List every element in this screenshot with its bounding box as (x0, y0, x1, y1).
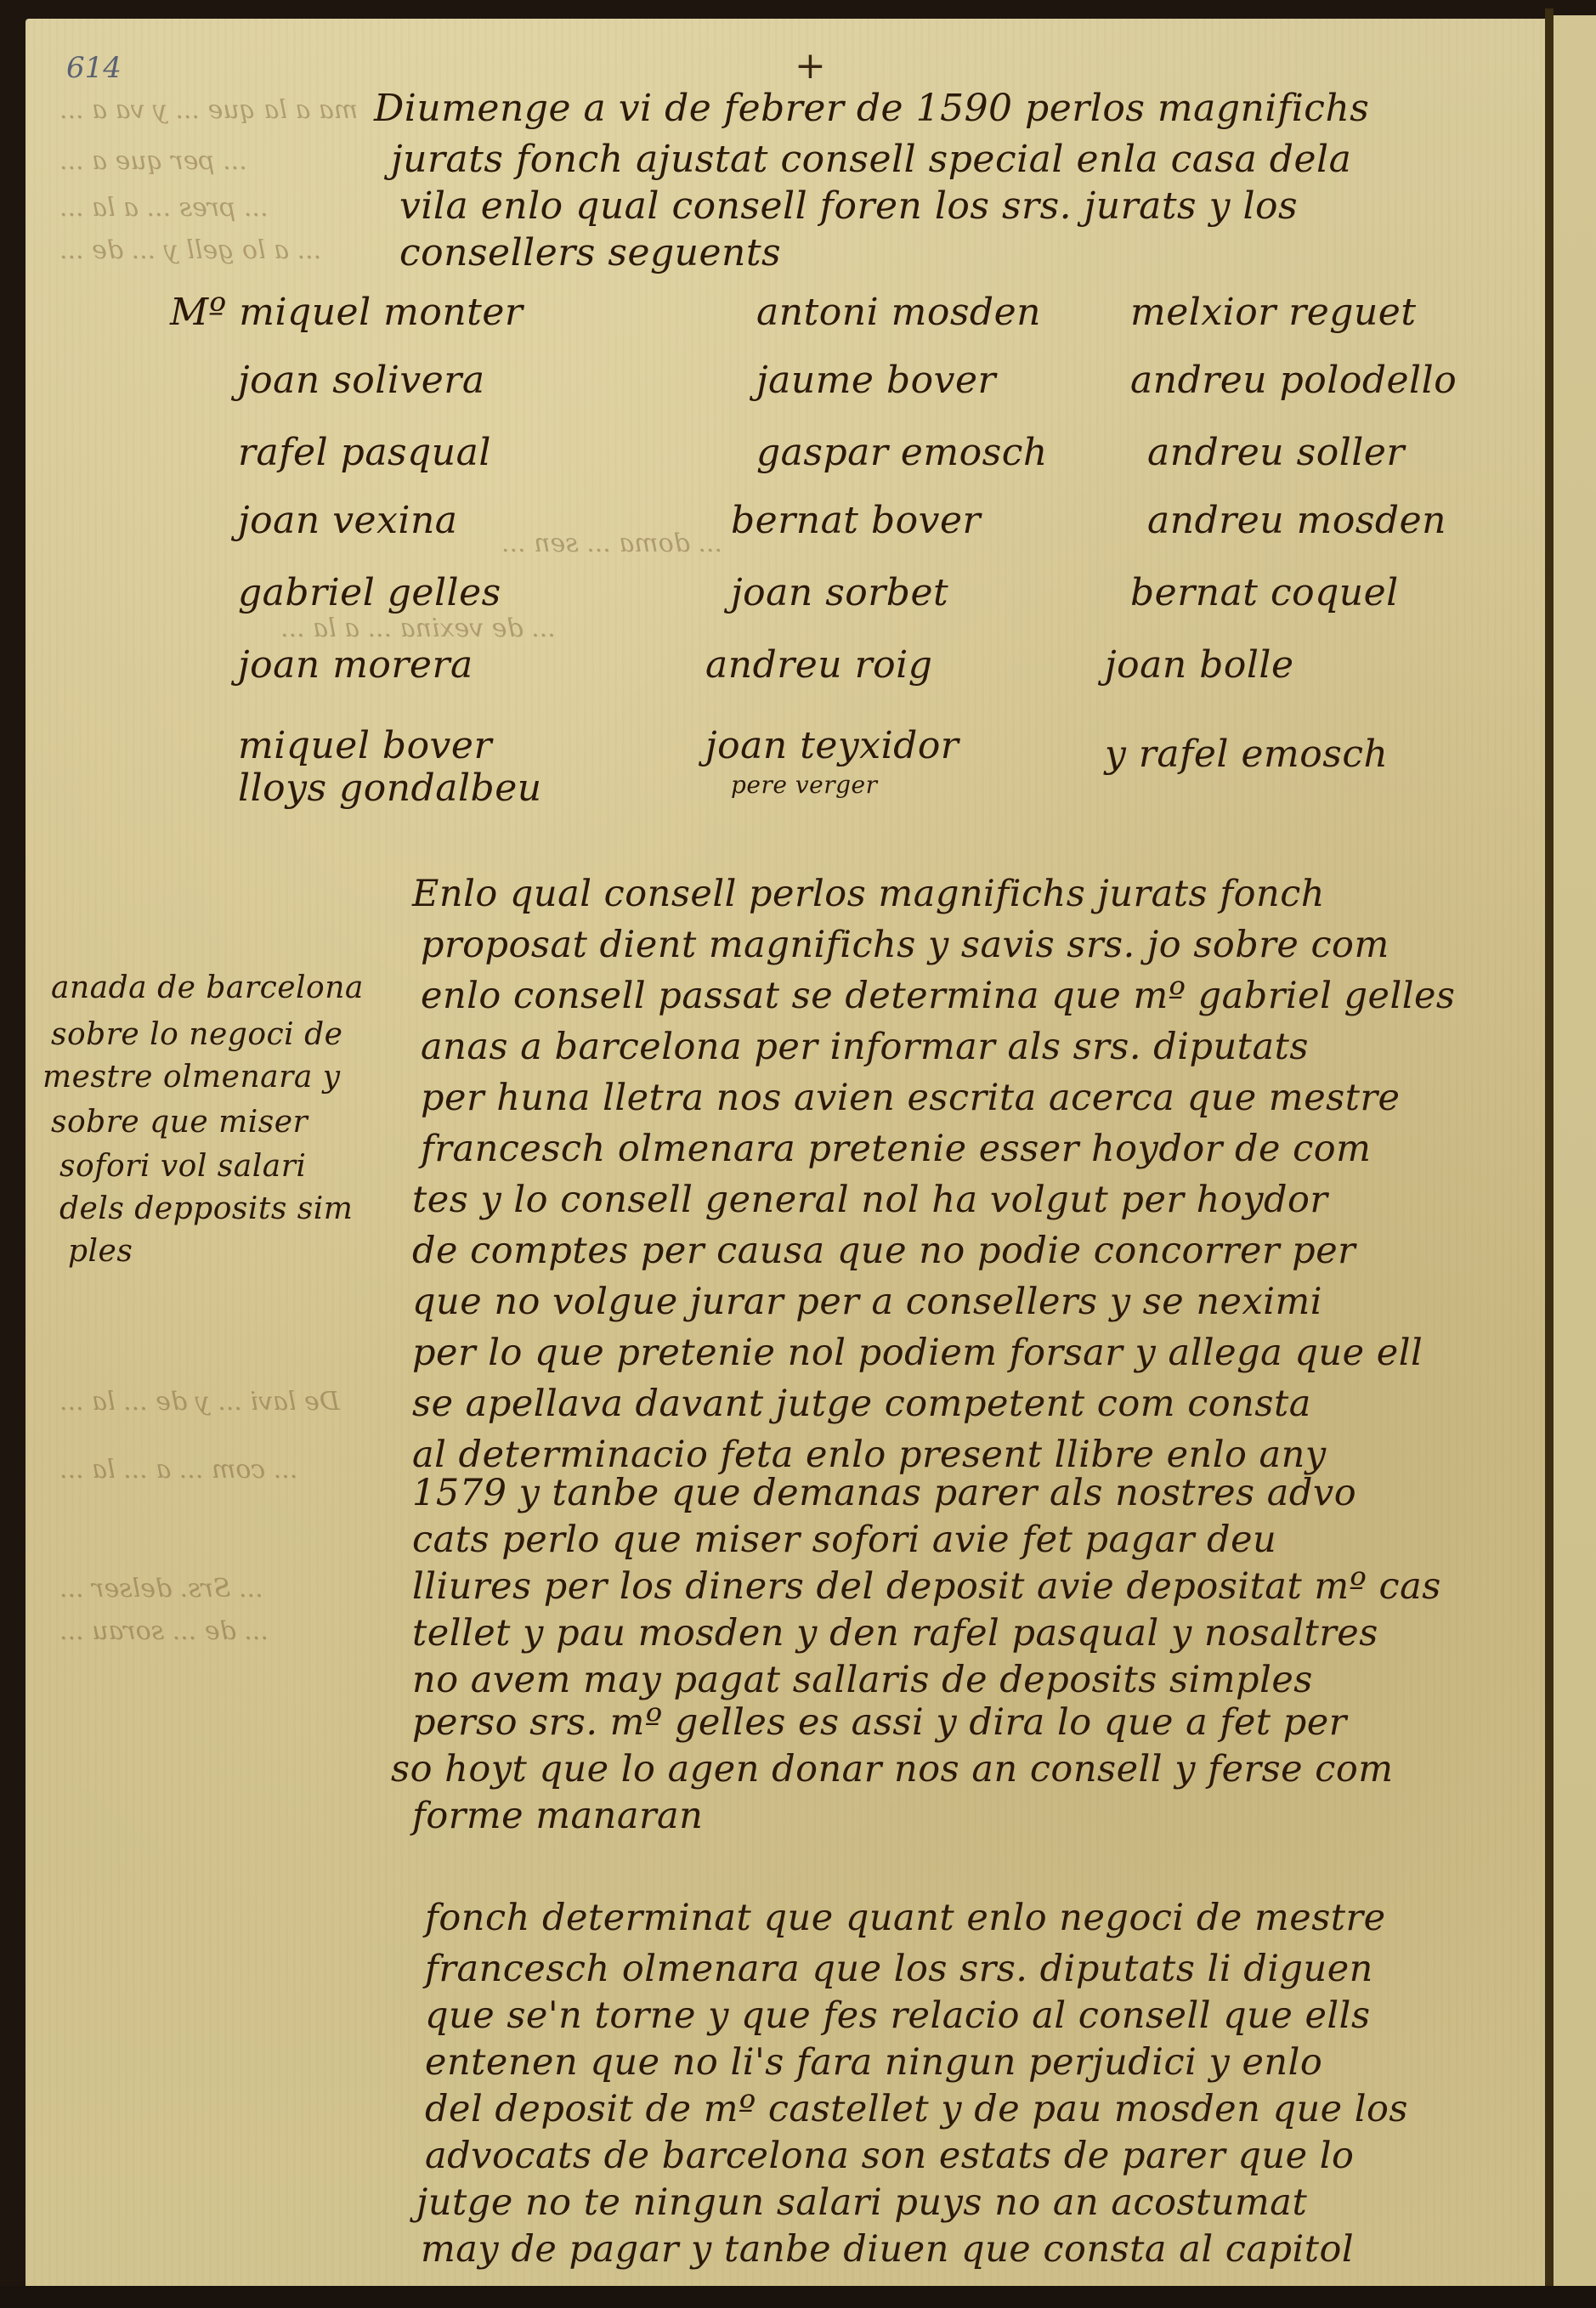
text-line: anas a barcelona per informar als srs. d… (421, 1026, 1309, 1068)
attendee-name: andreu roig (705, 643, 932, 687)
margin-note-line: ples (68, 1234, 133, 1269)
margin-note-line: sobre lo negoci de (51, 1017, 342, 1052)
attendee-name: antoni mosden (756, 291, 1041, 334)
text-line: de comptes per causa que no podie concor… (412, 1230, 1355, 1272)
bleed-through-text: ... de vexina ... a la ... (280, 614, 556, 643)
text-line: tes y lo consell general nol ha volgut p… (412, 1179, 1327, 1221)
text-line: se apellava davant jutge competent com c… (412, 1383, 1311, 1425)
text-line: so hoyt que lo agen donar nos an consell… (391, 1748, 1394, 1790)
attendee-name: joan vexina (238, 499, 458, 542)
attendee-name: joan teyxidor (705, 724, 959, 767)
attendee-name: andreu soller (1147, 431, 1405, 474)
bleed-through-text: ... doma ... sen ... (501, 529, 722, 558)
heading-line: consellers seguents (399, 231, 781, 274)
bleed-through-text: De lavi ... y de ... la ... (59, 1387, 340, 1417)
text-line: forme manaran (412, 1795, 703, 1837)
attendee-name: andreu mosden (1147, 499, 1446, 542)
text-line: perso srs. mº gelles es assi y dira lo q… (412, 1701, 1347, 1744)
attendee-name: Mº miquel monter (170, 291, 523, 334)
text-line: francesch olmenara que los srs. diputats… (425, 1948, 1373, 1990)
attendee-name: lloys gondalbeu (238, 767, 542, 810)
text-line: proposat dient magnifichs y savis srs. j… (421, 924, 1389, 966)
text-line: que no volgue jurar per a consellers y s… (412, 1281, 1322, 1323)
background-edge (0, 2286, 1596, 2308)
attendee-name-sub: pere verger (731, 771, 878, 799)
margin-note-line: sobre que miser (51, 1105, 308, 1140)
attendee-name: melxior reguet (1130, 291, 1417, 334)
attendee-name: bernat coquel (1130, 571, 1399, 614)
attendee-name: andreu polodello (1130, 359, 1457, 402)
text-line: per huna lletra nos avien escrita acerca… (421, 1077, 1401, 1119)
margin-note-line: sofori vol salari (59, 1149, 306, 1184)
text-line: cats perlo que miser sofori avie fet pag… (412, 1519, 1276, 1561)
text-line: no avem may pagat sallaris de deposits s… (412, 1659, 1313, 1701)
text-line: del deposit de mº castellet y de pau mos… (425, 2088, 1408, 2130)
text-line: per lo que pretenie nol podiem forsar y … (412, 1332, 1423, 1374)
heading-line: vila enlo qual consell foren los srs. ju… (399, 184, 1298, 228)
attendee-name: joan sorbet (731, 571, 948, 614)
text-line: advocats de barcelona son estats de pare… (425, 2135, 1354, 2177)
page-gutter (1545, 8, 1554, 2300)
bleed-through-text: ma a la que ... y va a ... (59, 95, 358, 125)
bleed-through-text: ... pres ... a la ... (59, 193, 269, 223)
bleed-through-text: ... de ... sorau ... (59, 1616, 269, 1646)
attendee-name: y rafel emosch (1105, 733, 1388, 776)
heading-line: jurats fonch ajustat consell special enl… (391, 138, 1351, 181)
attendee-name: joan morera (238, 643, 473, 687)
margin-note-line: anada de barcelona (51, 970, 364, 1005)
attendee-name: jaume bover (756, 359, 996, 402)
attendee-name: bernat bover (731, 499, 981, 542)
cross-mark: + (795, 44, 826, 88)
text-line: Enlo qual consell perlos magnifichs jura… (412, 873, 1325, 915)
text-line: que se'n torne y que fes relacio al cons… (425, 1994, 1371, 2037)
attendee-name: gaspar emosch (756, 431, 1048, 474)
attendee-name: joan bolle (1105, 643, 1294, 687)
bleed-through-text: ... com ... a ... la ... (59, 1455, 297, 1485)
attendee-name: gabriel gelles (238, 571, 501, 614)
margin-note-line: mestre olmenara y (42, 1060, 341, 1095)
manuscript-page: 614 + ma a la que ... y va a ... ... per… (25, 19, 1551, 2296)
text-line: enlo consell passat se determina que mº … (421, 975, 1456, 1017)
heading-line: Diumenge a vi de febrer de 1590 perlos m… (374, 87, 1369, 130)
text-line: 1579 y tanbe que demanas parer als nostr… (412, 1472, 1356, 1514)
attendee-name: rafel pasqual (238, 431, 491, 474)
text-line: entenen que no li's fara ningun perjudic… (425, 2041, 1322, 2084)
bleed-through-text: ... a lo gell y ... de ... (59, 235, 321, 265)
text-line: tellet y pau mosden y den rafel pasqual … (412, 1612, 1378, 1655)
margin-note-line: dels depposits sim (59, 1191, 353, 1226)
bleed-through-text: ... per que a ... (59, 146, 247, 176)
text-line: francesch olmenara pretenie esser hoydor… (421, 1128, 1371, 1170)
attendee-name: joan solivera (238, 359, 485, 402)
bleed-through-text: ... Srs. delser ... (59, 1574, 263, 1604)
attendee-name: miquel bover (238, 724, 492, 767)
adjacent-page-edge (1554, 15, 1596, 2296)
text-line: may de pagar y tanbe diuen que consta al… (421, 2228, 1354, 2271)
folio-number: 614 (66, 51, 122, 85)
text-line: jutge no te ningun salari puys no an aco… (416, 2181, 1307, 2224)
text-line: al determinacio feta enlo present llibre… (412, 1434, 1327, 1476)
text-line: fonch determinat que quant enlo negoci d… (425, 1897, 1386, 1939)
text-line: lliures per los diners del deposit avie … (412, 1565, 1441, 1608)
